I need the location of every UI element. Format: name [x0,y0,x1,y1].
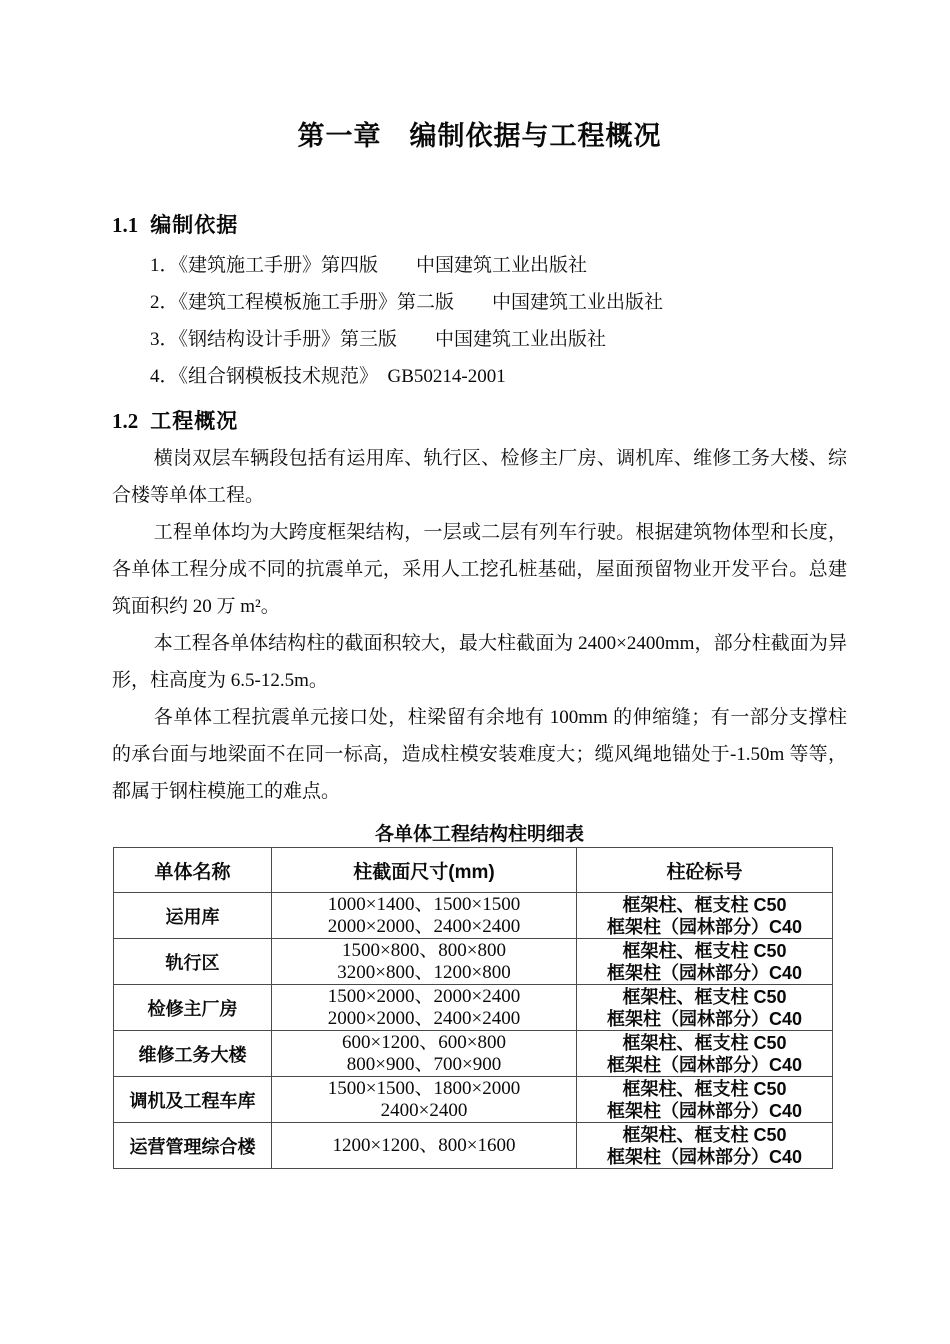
size-line: 1200×1200、800×1600 [274,1135,574,1157]
body-text-block: 横岗双层车辆段包括有运用库、轨行区、检修主厂房、调机库、维修工务大楼、综合楼等单… [112,440,847,810]
grade-line: 框架柱、框支柱 C50 [579,986,830,1008]
size-line: 3200×800、1200×800 [274,962,574,984]
cell-concrete-grade: 框架柱、框支柱 C50 框架柱（园林部分）C40 [577,893,833,939]
size-line: 1500×1500、1800×2000 [274,1078,574,1100]
cell-column-size: 600×1200、600×800 800×900、700×900 [272,1031,577,1077]
size-line: 2400×2400 [274,1100,574,1122]
table-header-row: 单体名称 柱截面尺寸(mm) 柱砼标号 [114,848,833,893]
reference-item-3: 3．《钢结构设计手册》第三版 中国建筑工业出版社 [112,321,847,358]
grade-line: 框架柱、框支柱 C50 [579,940,830,962]
size-line: 800×900、700×900 [274,1054,574,1076]
document-page: 第一章 编制依据与工程概况 1.1编制依据 1．《建筑施工手册》第四版 中国建筑… [0,0,950,1344]
section-number: 1.1 [112,213,138,237]
grade-line: 框架柱（园林部分）C40 [579,962,830,984]
size-line: 2000×2000、2400×2400 [274,916,574,938]
cell-unit-name: 检修主厂房 [114,985,272,1031]
size-line: 2000×2000、2400×2400 [274,1008,574,1030]
table-row: 检修主厂房 1500×2000、2000×2400 2000×2000、2400… [114,985,833,1031]
header-cell-unit-name: 单体名称 [114,848,272,893]
grade-line: 框架柱、框支柱 C50 [579,894,830,916]
table-title: 各单体工程结构柱明细表 [112,822,847,847]
header-cell-column-size: 柱截面尺寸(mm) [272,848,577,893]
cell-unit-name: 维修工务大楼 [114,1031,272,1077]
grade-line: 框架柱（园林部分）C40 [579,1100,830,1122]
header-cell-concrete-grade: 柱砼标号 [577,848,833,893]
cell-column-size: 1500×1500、1800×2000 2400×2400 [272,1077,577,1123]
size-line: 600×1200、600×800 [274,1032,574,1054]
chapter-title: 第一章 编制依据与工程概况 [112,120,847,152]
paragraph-1: 横岗双层车辆段包括有运用库、轨行区、检修主厂房、调机库、维修工务大楼、综合楼等单… [112,440,847,514]
cell-unit-name: 轨行区 [114,939,272,985]
table-row: 维修工务大楼 600×1200、600×800 800×900、700×900 … [114,1031,833,1077]
grade-line: 框架柱、框支柱 C50 [579,1032,830,1054]
section-title: 工程概况 [150,410,238,433]
cell-concrete-grade: 框架柱、框支柱 C50 框架柱（园林部分）C40 [577,1031,833,1077]
paragraph-2: 工程单体均为大跨度框架结构，一层或二层有列车行驶。根据建筑物体型和长度，各单体工… [112,514,847,625]
grade-line: 框架柱、框支柱 C50 [579,1124,830,1146]
paragraph-3: 本工程各单体结构柱的截面积较大，最大柱截面为 2400×2400mm，部分柱截面… [112,625,847,699]
cell-column-size: 1500×800、800×800 3200×800、1200×800 [272,939,577,985]
paragraph-4: 各单体工程抗震单元接口处，柱梁留有余地有 100mm 的伸缩缝；有一部分支撑柱的… [112,699,847,810]
table-row: 运用库 1000×1400、1500×1500 2000×2000、2400×2… [114,893,833,939]
grade-line: 框架柱（园林部分）C40 [579,1146,830,1168]
cell-concrete-grade: 框架柱、框支柱 C50 框架柱（园林部分）C40 [577,1123,833,1169]
cell-unit-name: 调机及工程车库 [114,1077,272,1123]
reference-list: 1．《建筑施工手册》第四版 中国建筑工业出版社 2．《建筑工程模板施工手册》第二… [112,247,847,395]
section-heading-1-2: 1.2工程概况 [112,408,847,435]
structural-columns-table: 单体名称 柱截面尺寸(mm) 柱砼标号 运用库 1000×1400、1500×1… [113,847,833,1169]
grade-line: 框架柱（园林部分）C40 [579,916,830,938]
grade-line: 框架柱、框支柱 C50 [579,1078,830,1100]
size-line: 1000×1400、1500×1500 [274,894,574,916]
cell-unit-name: 运营管理综合楼 [114,1123,272,1169]
reference-item-2: 2．《建筑工程模板施工手册》第二版 中国建筑工业出版社 [112,284,847,321]
grade-line: 框架柱（园林部分）C40 [579,1008,830,1030]
cell-unit-name: 运用库 [114,893,272,939]
table-row: 调机及工程车库 1500×1500、1800×2000 2400×2400 框架… [114,1077,833,1123]
cell-column-size: 1500×2000、2000×2400 2000×2000、2400×2400 [272,985,577,1031]
table-row: 运营管理综合楼 1200×1200、800×1600 框架柱、框支柱 C50 框… [114,1123,833,1169]
cell-column-size: 1200×1200、800×1600 [272,1123,577,1169]
section-number: 1.2 [112,409,138,433]
section-heading-1-1: 1.1编制依据 [112,212,847,239]
cell-column-size: 1000×1400、1500×1500 2000×2000、2400×2400 [272,893,577,939]
cell-concrete-grade: 框架柱、框支柱 C50 框架柱（园林部分）C40 [577,939,833,985]
section-title: 编制依据 [150,214,238,237]
reference-item-4: 4．《组合钢模板技术规范》 GB50214-2001 [112,358,847,395]
grade-line: 框架柱（园林部分）C40 [579,1054,830,1076]
size-line: 1500×800、800×800 [274,940,574,962]
reference-item-1: 1．《建筑施工手册》第四版 中国建筑工业出版社 [112,247,847,284]
table-row: 轨行区 1500×800、800×800 3200×800、1200×800 框… [114,939,833,985]
cell-concrete-grade: 框架柱、框支柱 C50 框架柱（园林部分）C40 [577,1077,833,1123]
cell-concrete-grade: 框架柱、框支柱 C50 框架柱（园林部分）C40 [577,985,833,1031]
size-line: 1500×2000、2000×2400 [274,986,574,1008]
